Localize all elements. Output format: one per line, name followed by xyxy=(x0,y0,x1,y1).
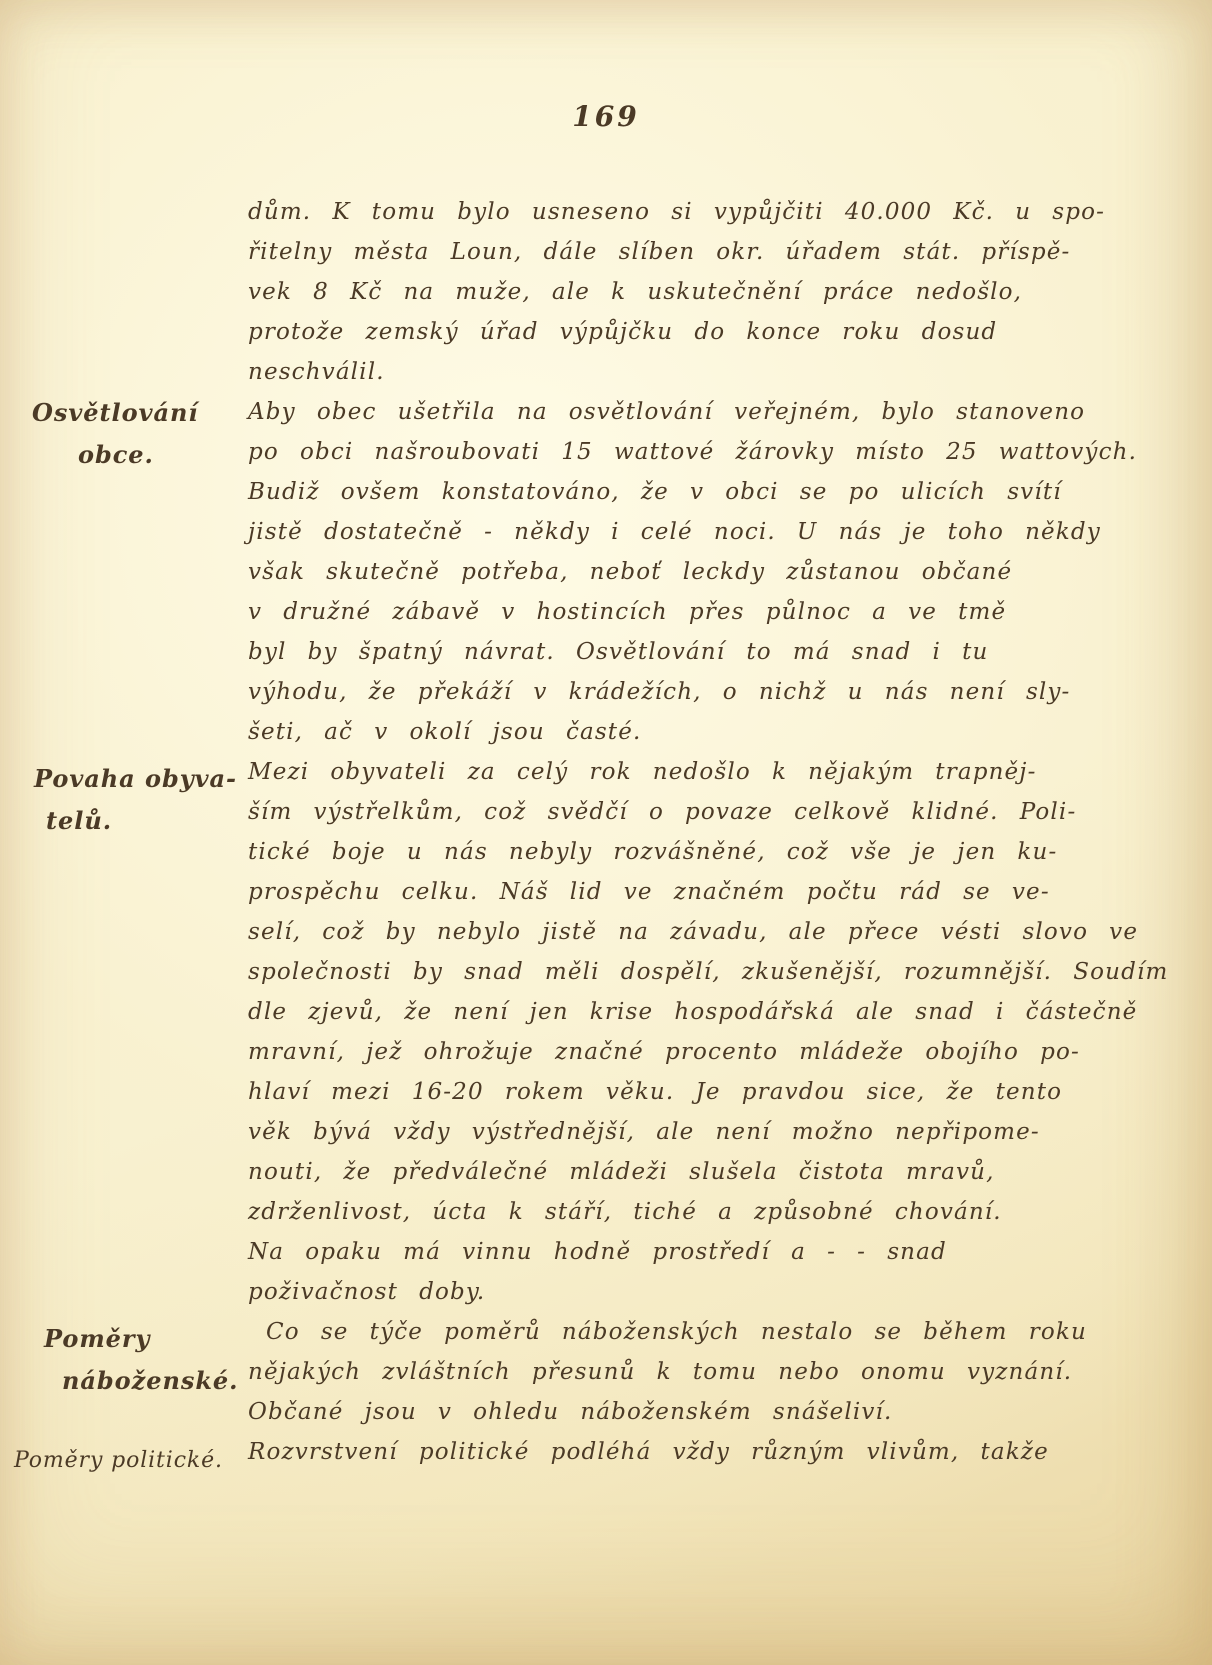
text-line: dům. K tomu bylo usneseno si vypůjčiti 4… xyxy=(248,192,1098,232)
margin-heading-line: náboženské. xyxy=(44,1360,238,1402)
text-line: protože zemský úřad výpůjčku do konce ro… xyxy=(248,312,1098,352)
text-line: mravní, jež ohrožuje značné procento mlá… xyxy=(248,1032,1098,1072)
text-line: jistě dostatečně - někdy i celé noci. U … xyxy=(248,512,1098,552)
text-line: v družné zábavě v hostincích přes půlnoc… xyxy=(248,592,1098,632)
text-line: neschválil. xyxy=(248,352,1098,392)
text-line: Občané jsou v ohledu náboženském snášeli… xyxy=(248,1392,1098,1432)
margin-heading-line: telů. xyxy=(34,800,237,842)
margin-heading-street-lighting: Osvětlování obce. xyxy=(32,392,198,476)
text-line: vek 8 Kč na muže, ale k uskutečnění prác… xyxy=(248,272,1098,312)
text-line: hlaví mezi 16-20 rokem věku. Je pravdou … xyxy=(248,1072,1098,1112)
margin-heading-line: obce. xyxy=(32,434,198,476)
margin-heading-political-conditions: Poměry politické. xyxy=(14,1440,223,1482)
chronicle-page: 169 Osvětlování obce. Povaha obyva- telů… xyxy=(0,0,1212,1665)
text-line: poživačnost doby. xyxy=(248,1272,1098,1312)
text-line: byl by špatný návrat. Osvětlování to má … xyxy=(248,632,1098,672)
margin-heading-line: Poměry politické. xyxy=(14,1440,223,1482)
text-line: nějakých zvláštních přesunů k tomu nebo … xyxy=(248,1352,1098,1392)
margin-heading-line: Povaha obyva- xyxy=(34,758,237,800)
text-line: šeti, ač v okolí jsou časté. xyxy=(248,712,1098,752)
margin-heading-line: Poměry xyxy=(44,1318,238,1360)
margin-heading-character-of-inhabitants: Povaha obyva- telů. xyxy=(34,758,237,842)
text-line: však skutečně potřeba, neboť leckdy zůst… xyxy=(248,552,1098,592)
text-line: Na opaku má vinnu hodně prostředí a - - … xyxy=(248,1232,1098,1272)
text-line: Rozvrstvení politické podléhá vždy různý… xyxy=(248,1432,1098,1472)
text-line: ším výstřelkům, což svědčí o povaze celk… xyxy=(248,792,1098,832)
text-line: Budiž ovšem konstatováno, že v obci se p… xyxy=(248,472,1098,512)
text-line: řitelny města Loun, dále slíben okr. úřa… xyxy=(248,232,1098,272)
text-line: nouti, že předválečné mládeži slušela či… xyxy=(248,1152,1098,1192)
page-number: 169 xyxy=(0,100,1212,133)
text-line: zdrženlivost, úcta k stáří, tiché a způs… xyxy=(248,1192,1098,1232)
text-line: dle zjevů, že není jen krise hospodářská… xyxy=(248,992,1098,1032)
margin-heading-religious-conditions: Poměry náboženské. xyxy=(44,1318,238,1402)
text-line: prospěchu celku. Náš lid ve značném počt… xyxy=(248,872,1098,912)
text-line: tické boje u nás nebyly rozvášněné, což … xyxy=(248,832,1098,872)
text-line: Co se týče poměrů náboženských nestalo s… xyxy=(248,1312,1098,1352)
text-line: Aby obec ušetřila na osvětlování veřejné… xyxy=(248,392,1098,432)
text-line: společnosti by snad měli dospělí, zkušen… xyxy=(248,952,1098,992)
text-line: po obci našroubovati 15 wattové žárovky … xyxy=(248,432,1098,472)
text-line: Mezi obyvateli za celý rok nedošlo k něj… xyxy=(248,752,1098,792)
text-line: výhodu, že překáží v krádežích, o nichž … xyxy=(248,672,1098,712)
text-line: selí, což by nebylo jistě na závadu, ale… xyxy=(248,912,1098,952)
text-line: věk bývá vždy výstřednější, ale není mož… xyxy=(248,1112,1098,1152)
handwritten-body-text: dům. K tomu bylo usneseno si vypůjčiti 4… xyxy=(248,192,1098,1472)
margin-heading-line: Osvětlování xyxy=(32,392,198,434)
